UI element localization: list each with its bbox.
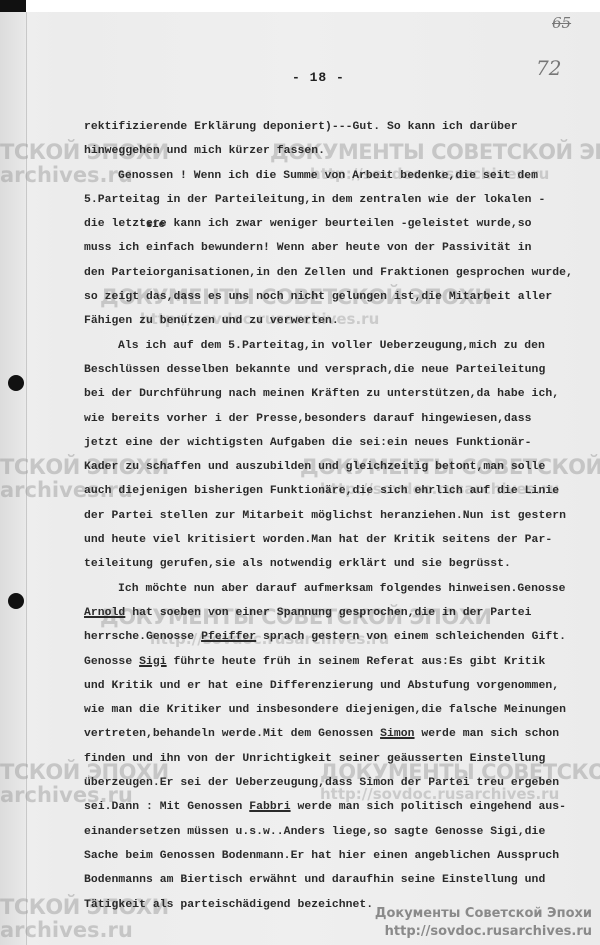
text-line: bei der Durchführung nach meinen Kräften… bbox=[84, 382, 574, 406]
text-line: rektifizierende Erklärung deponiert)---G… bbox=[84, 115, 574, 139]
text-line: Als ich auf dem 5.Parteitag,in voller Ue… bbox=[84, 334, 574, 358]
scan-corner-mark bbox=[0, 0, 26, 12]
footer-watermark-title: Документы Советской Эпохи bbox=[375, 906, 592, 921]
text-line: wie man die Kritiker und insbesondere di… bbox=[84, 698, 574, 722]
folio-number: 72 bbox=[536, 56, 561, 80]
text-line: 5.Parteitag in der Parteileitung,in dem … bbox=[84, 188, 574, 212]
text-line: die letztere kann ich zwar weniger beurt… bbox=[84, 212, 574, 236]
text-line: sei.Dann : Mit Genossen Fabbri werde man… bbox=[84, 795, 574, 819]
text-line: jetzt eine der wichtigsten Aufgaben die … bbox=[84, 431, 574, 455]
text-line: so zeigt das,dass es uns noch nicht gelu… bbox=[84, 285, 574, 309]
folio-number-struck: 65 bbox=[552, 14, 571, 32]
text-line: vertreten,behandeln werde.Mit dem Genoss… bbox=[84, 722, 574, 746]
text-line: Genossen ! Wenn ich die Summe von Arbeit… bbox=[84, 164, 574, 188]
text-line: Genosse Sigi führte heute früh in seinem… bbox=[84, 650, 574, 674]
underlined-name: Arnold bbox=[84, 607, 125, 619]
page-number: - 18 - bbox=[292, 70, 345, 85]
text-line: den Parteiorganisationen,in den Zellen u… bbox=[84, 261, 574, 285]
text-line: der Partei stellen zur Mitarbeit möglich… bbox=[84, 504, 574, 528]
punch-hole-icon bbox=[8, 375, 24, 391]
text-line: Kader zu schaffen und auszubilden und gl… bbox=[84, 455, 574, 479]
text-line: überzeugen.Er sei der Ueberzeugung,dass … bbox=[84, 771, 574, 795]
text-line: muss ich einfach bewundern! Wenn aber he… bbox=[84, 236, 574, 260]
typewritten-body: rektifizierende Erklärung deponiert)---G… bbox=[84, 115, 574, 917]
text-line: auch diejenigen bisherigen Funktionäre,d… bbox=[84, 479, 574, 503]
footer-watermark-url: http://sovdoc.rusarchives.ru bbox=[385, 924, 592, 939]
text-line: Arnold hat soeben von einer Spannung ges… bbox=[84, 601, 574, 625]
text-line: Ich möchte nun aber darauf aufmerksam fo… bbox=[84, 577, 574, 601]
text-line: und Kritik und er hat eine Differenzieru… bbox=[84, 674, 574, 698]
underlined-name: Fabbri bbox=[249, 801, 290, 813]
text-line: hinweggehen und mich kürzer fassen. bbox=[84, 139, 574, 163]
text-line: Fähigen zu benützen und zu verwerten. bbox=[84, 309, 574, 333]
text-line: finden und ihn von der Unrichtigkeit sei… bbox=[84, 747, 574, 771]
text-line: einandersetzen müssen u.s.w..Anders lieg… bbox=[84, 820, 574, 844]
page-fold-line bbox=[26, 12, 27, 945]
text-line: wie bereits vorher i der Presse,besonder… bbox=[84, 407, 574, 431]
underlined-name: Sigi bbox=[139, 656, 167, 668]
underlined-name: Pfeiffer bbox=[201, 631, 256, 643]
text-line: Beschlüssen desselben bekannte und versp… bbox=[84, 358, 574, 382]
text-line: Bodenmanns am Biertisch erwähnt und dara… bbox=[84, 868, 574, 892]
underlined-name: Simon bbox=[380, 728, 414, 740]
text-line: und heute viel kritisiert worden.Man hat… bbox=[84, 528, 574, 552]
text-line: herrsche.Genosse Pfeiffer sprach gestern… bbox=[84, 625, 574, 649]
text-line: Sache beim Genossen Bodenmann.Er hat hie… bbox=[84, 844, 574, 868]
text-line: teileitung gerufen,sie als notwendig erk… bbox=[84, 552, 574, 576]
punch-hole-icon bbox=[8, 593, 24, 609]
